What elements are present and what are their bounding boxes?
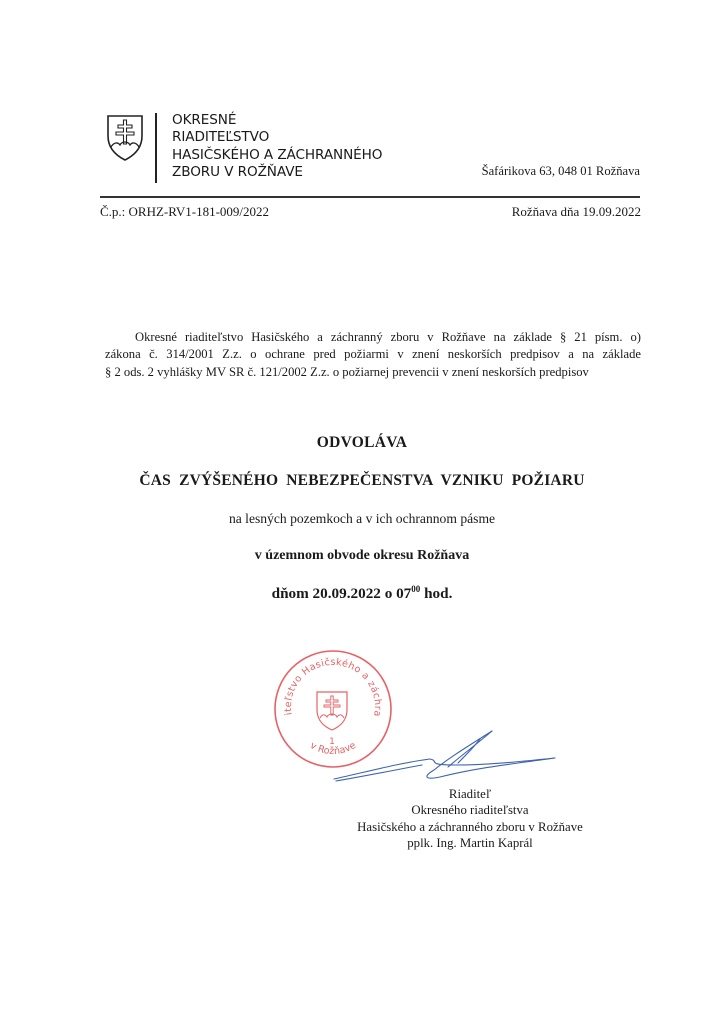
organization-name: OKRESNÉ RIADITEĽSTVO HASIČSKÉHO A ZÁCHRA…: [172, 112, 382, 182]
effective-date-prefix: dňom 20.09.2022 o 07: [272, 585, 412, 602]
signatory-title: Riaditeľ: [330, 786, 610, 802]
legal-basis-paragraph: Okresné riaditeľstvo Hasičského a záchra…: [105, 329, 641, 381]
signatory-block: Riaditeľ Okresného riaditeľstva Hasičské…: [330, 786, 610, 851]
subject-heading: ČAS ZVÝŠENÉHO NEBEZPEČENSTVA VZNIKU POŽI…: [0, 472, 724, 490]
action-heading: ODVOLÁVA: [0, 434, 724, 452]
organization-line: RIADITEĽSTVO: [172, 129, 382, 146]
organization-line: OKRESNÉ: [172, 112, 382, 129]
reference-number: Č.p.: ORHZ-RV1-181-009/2022: [100, 204, 269, 220]
effective-date-line: dňom 20.09.2022 o 0700 hod.: [0, 585, 724, 603]
signatory-organization: Hasičského a záchranného zboru v Rožňave: [330, 819, 610, 835]
document-date: Rožňava dňa 19.09.2022: [512, 204, 641, 220]
handwritten-signature-icon: [330, 725, 570, 785]
effective-time-minutes: 00: [411, 584, 420, 594]
organization-line: ZBORU V ROŽŇAVE: [172, 164, 382, 181]
coat-of-arms-icon: [106, 114, 144, 162]
header-divider: [100, 196, 640, 198]
organization-line: HASIČSKÉHO A ZÁCHRANNÉHO: [172, 147, 382, 164]
signatory-name: pplk. Ing. Martin Kaprál: [330, 835, 610, 851]
effective-date-suffix: hod.: [420, 585, 452, 602]
paragraph-line: § 2 ods. 2 vyhlášky MV SR č. 121/2002 Z.…: [105, 364, 641, 381]
scope-line: na lesných pozemkoch a v ich ochrannom p…: [0, 511, 724, 527]
organization-address: Šafárikova 63, 048 01 Rožňava: [482, 164, 640, 179]
paragraph-line: Okresné riaditeľstvo Hasičského a záchra…: [105, 329, 641, 346]
signatory-office: Okresného riaditeľstva: [330, 802, 610, 818]
header-vertical-divider: [155, 113, 157, 183]
paragraph-line: zákona č. 314/2001 Z.z. o ochrane pred p…: [105, 346, 641, 363]
territory-line: v územnom obvode okresu Rožňava: [0, 548, 724, 564]
